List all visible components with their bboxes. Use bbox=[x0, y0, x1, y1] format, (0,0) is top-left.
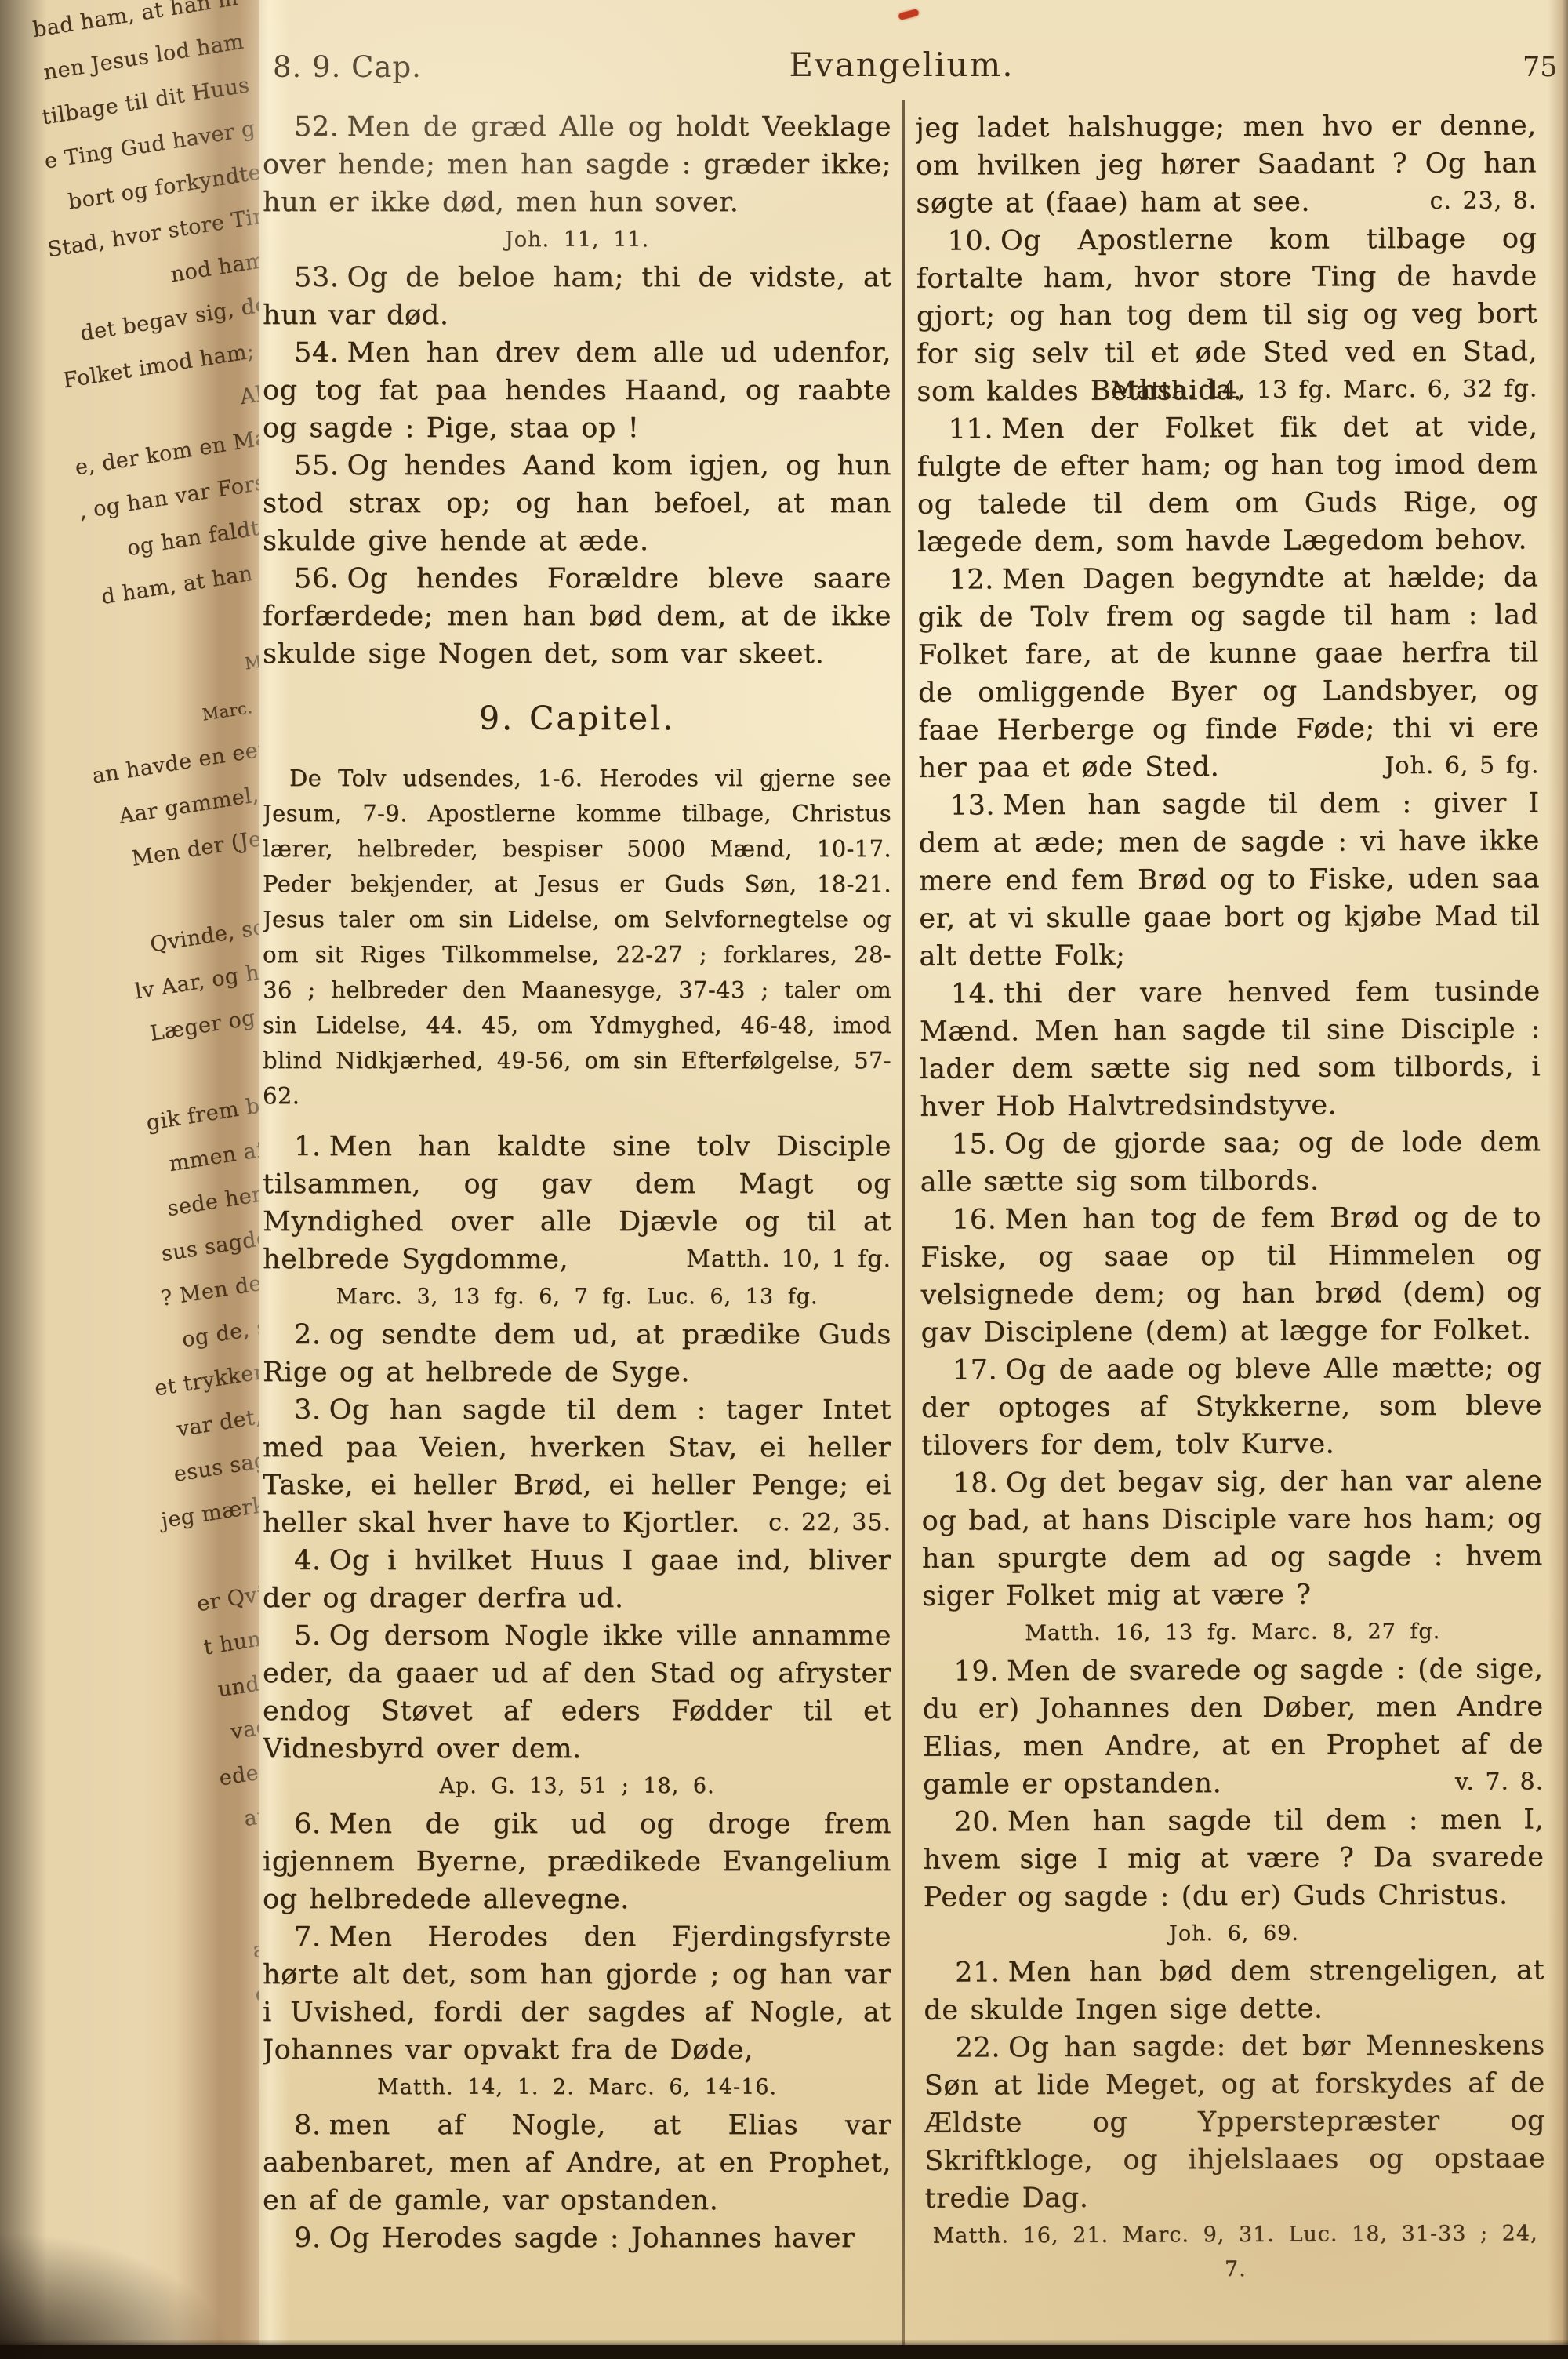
verse-paragraph: 14.thi der vare henved fem tusinde Mænd.… bbox=[920, 972, 1541, 1125]
chapter-summary: De Tolv udsendes, 1-6. Herodes vil gjern… bbox=[263, 761, 891, 1114]
verse-number: 4. bbox=[294, 1545, 329, 1576]
verse-paragraph: 10.Og Apostlerne kom tilbage og fortalte… bbox=[916, 220, 1537, 410]
cross-reference-line: Joh. 11, 11. bbox=[263, 223, 891, 257]
verse-paragraph: 8.men af Nogle, at Elias var aabenbaret,… bbox=[263, 2106, 891, 2219]
verse-number: 7. bbox=[294, 1921, 329, 1953]
photo-bottom-edge bbox=[0, 2340, 1568, 2359]
verse-paragraph: 1.Men han kaldte sine tolv Disciple tils… bbox=[263, 1128, 891, 1278]
verse-number: 19. bbox=[953, 1656, 1007, 1687]
verse-paragraph: 53.Og de beloe ham; thi de vidste, at hu… bbox=[263, 259, 891, 334]
verse-number: 55. bbox=[294, 450, 347, 482]
page-right-edge bbox=[1548, 0, 1568, 2345]
chapter-heading: 9. Capitel. bbox=[263, 700, 891, 737]
running-head-chapters: 8. 9. Cap. bbox=[273, 50, 422, 84]
column-divider-rule bbox=[902, 100, 905, 2345]
book-photo: bad ham, at han mnen Jesus lod hamtilbag… bbox=[0, 0, 1568, 2359]
verse-paragraph: 56.Og hendes Forældre bleve saare forfær… bbox=[263, 560, 891, 673]
verse-paragraph: 5.Og dersom Nogle ikke ville annamme ede… bbox=[263, 1617, 891, 1768]
verse-paragraph: 13.Men han sagde til dem : giver I dem a… bbox=[919, 784, 1541, 975]
verse-paragraph: 16.Men han tog de fem Brød og de to Fisk… bbox=[920, 1198, 1542, 1351]
verse-number: 11. bbox=[948, 413, 1001, 445]
verse-number: 10. bbox=[947, 225, 1000, 256]
inline-cross-reference: Matth. 10, 1 fg. bbox=[655, 1241, 891, 1278]
verse-paragraph: 7.Men Herodes den Fjerdingsfyrste hørte … bbox=[263, 1918, 891, 2069]
verse-paragraph: 19.Men de svarede og sagde : (de sige, d… bbox=[922, 1650, 1544, 1803]
verse-paragraph: 6.Men de gik ud og droge frem igjennem B… bbox=[263, 1805, 891, 1918]
inline-cross-reference: c. 23, 8. bbox=[1429, 182, 1537, 220]
verse-paragraph: 4.Og i hvilket Huus I gaae ind, bliver d… bbox=[263, 1542, 891, 1617]
verse-paragraph: 20.Men han sagde til dem : men I, hvem s… bbox=[923, 1801, 1544, 1916]
verse-number: 12. bbox=[949, 564, 1002, 595]
cross-reference-line: Marc. 3, 13 fg. 6, 7 fg. Luc. 6, 13 fg. bbox=[263, 1280, 891, 1314]
inline-cross-reference: c. 22, 35. bbox=[737, 1504, 891, 1542]
photo-left-edge bbox=[0, 0, 47, 2359]
verse-number: 20. bbox=[954, 1806, 1007, 1837]
verse-paragraph: 17.Og de aade og bleve Alle mætte; og de… bbox=[921, 1349, 1543, 1464]
verse-number: 2. bbox=[294, 1319, 329, 1350]
verse-paragraph: 54.Men han drev dem alle ud udenfor, og … bbox=[263, 334, 891, 447]
inline-cross-reference: Joh. 6, 5 fg. bbox=[1353, 747, 1539, 785]
cross-reference-line: Ap. G. 13, 51 ; 18, 6. bbox=[263, 1769, 891, 1804]
verse-paragraph: 22.Og han sagde: det bør Menneskens Søn … bbox=[924, 2026, 1545, 2217]
verse-number: 53. bbox=[294, 262, 347, 293]
right-column: jeg ladet halshugge; men hvo er denne, o… bbox=[916, 107, 1546, 2348]
verse-paragraph: 21.Men han bød dem strengeligen, at de s… bbox=[924, 1951, 1544, 2029]
verse-number: 56. bbox=[294, 563, 347, 594]
verse-number: 22. bbox=[955, 2032, 1008, 2063]
verse-paragraph: 52.Men de græd Alle og holdt Veeklage ov… bbox=[263, 108, 891, 221]
left-column: 52.Men de græd Alle og holdt Veeklage ov… bbox=[263, 108, 891, 2347]
verse-paragraph: 12.Men Dagen begyndte at hælde; da gik d… bbox=[917, 558, 1539, 787]
verse-paragraph: 55.Og hendes Aand kom igjen, og hun stod… bbox=[263, 447, 891, 560]
cross-reference-line: Joh. 6, 69. bbox=[924, 1915, 1544, 1952]
verse-number: 3. bbox=[294, 1394, 329, 1426]
verse-number: 13. bbox=[950, 790, 1004, 821]
cross-reference-line: Matth. 16, 13 fg. Marc. 8, 27 fg. bbox=[922, 1614, 1543, 1651]
verse-number: 21. bbox=[955, 1957, 1008, 1988]
verse-number: 5. bbox=[294, 1620, 329, 1652]
verse-number: 16. bbox=[952, 1204, 1005, 1235]
verse-paragraph: 2.og sendte dem ud, at prædike Guds Rige… bbox=[263, 1316, 891, 1391]
verse-number: 52. bbox=[294, 111, 347, 143]
verse-number: 54. bbox=[294, 337, 347, 369]
verse-paragraph: 3.Og han sagde til dem : tager Intet med… bbox=[263, 1391, 891, 1542]
verse-number: 1. bbox=[294, 1131, 329, 1162]
verse-number: 18. bbox=[953, 1467, 1006, 1499]
verse-number: 15. bbox=[951, 1129, 1004, 1160]
cross-reference-line: Matth. 14, 1. 2. Marc. 6, 14-16. bbox=[263, 2070, 891, 2105]
cross-reference-line: Matth. 16, 21. Marc. 9, 31. Luc. 18, 31-… bbox=[925, 2216, 1546, 2288]
inline-cross-reference: v. 7. 8. bbox=[1424, 1763, 1544, 1801]
verse-continuation: jeg ladet halshugge; men hvo er denne, o… bbox=[916, 107, 1537, 222]
verse-paragraph: 11.Men der Folket fik det at vide, fulgt… bbox=[916, 408, 1538, 561]
verse-paragraph: 9.Og Herodes sagde : Johannes haver bbox=[263, 2219, 891, 2257]
table-shadow bbox=[0, 2186, 329, 2359]
verse-number: 6. bbox=[294, 1808, 329, 1840]
verse-number: 8. bbox=[294, 2110, 329, 2141]
verse-number: 17. bbox=[953, 1354, 1006, 1386]
verse-paragraph: 18.Og det begav sig, der han var alene o… bbox=[921, 1462, 1543, 1615]
running-head-title: Evangelium. bbox=[789, 45, 1014, 84]
verse-paragraph: 15.Og de gjorde saa; og de lode dem alle… bbox=[920, 1123, 1541, 1201]
verse-number: 14. bbox=[951, 978, 1004, 1009]
inline-cross-reference: Matth. 14, 13 fg. Marc. 6, 32 fg. bbox=[1080, 370, 1537, 410]
